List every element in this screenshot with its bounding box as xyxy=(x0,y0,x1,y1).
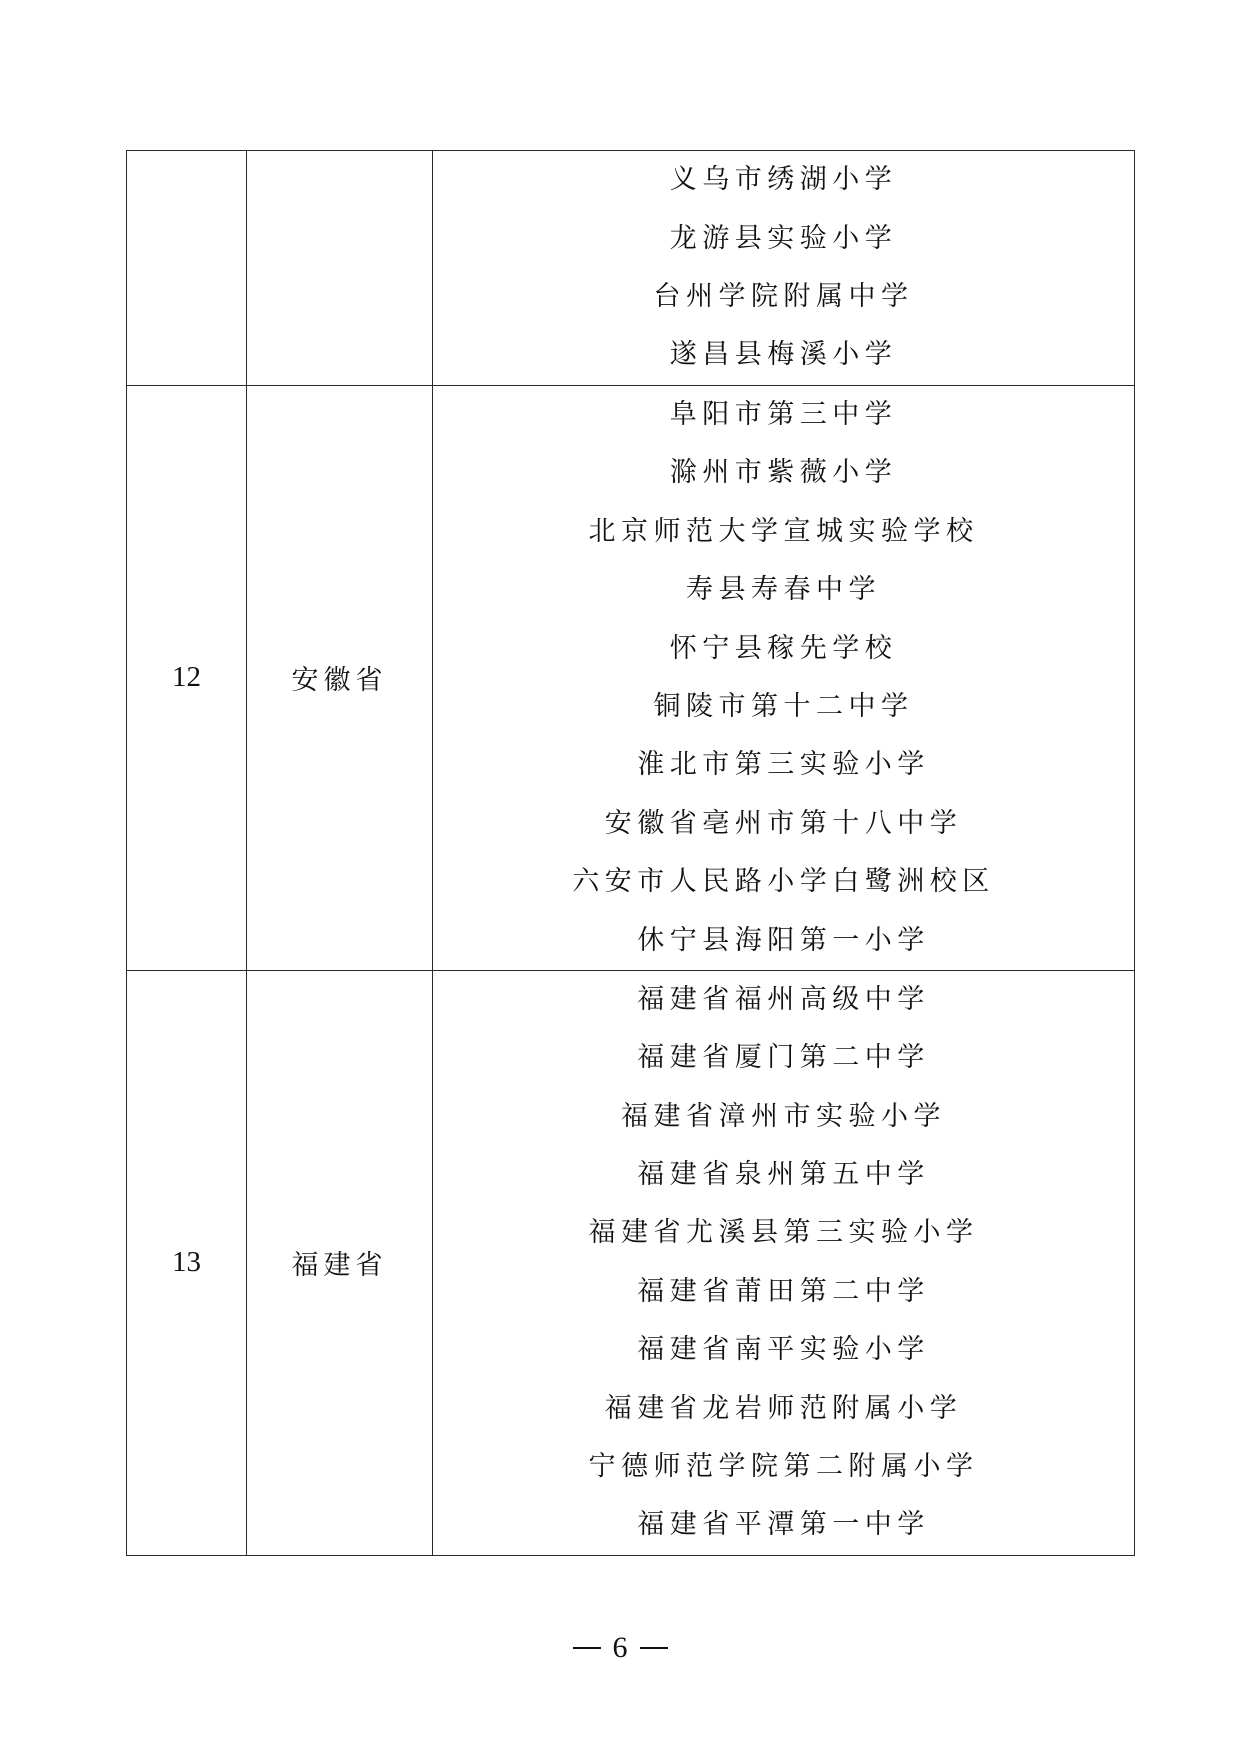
school-name: 铜陵市第十二中学 xyxy=(433,678,1134,736)
school-name: 福建省泉州第五中学 xyxy=(433,1146,1134,1204)
school-list-cell: 福建省福州高级中学 福建省厦门第二中学 福建省漳州市实验小学 福建省泉州第五中学… xyxy=(433,970,1135,1555)
school-name: 福建省平潭第一中学 xyxy=(433,1496,1134,1554)
province-cell: 福建省 xyxy=(247,970,433,1555)
dash-right xyxy=(640,1647,668,1649)
school-name: 安徽省亳州市第十八中学 xyxy=(433,795,1134,853)
province-cell: 安徽省 xyxy=(247,386,433,971)
school-name: 福建省莆田第二中学 xyxy=(433,1263,1134,1321)
school-name: 福建省龙岩师范附属小学 xyxy=(433,1380,1134,1438)
school-name: 滁州市紫薇小学 xyxy=(433,444,1134,502)
school-name: 淮北市第三实验小学 xyxy=(433,736,1134,794)
school-name: 休宁县海阳第一小学 xyxy=(433,912,1134,970)
school-list-table: 义乌市绣湖小学 龙游县实验小学 台州学院附属中学 遂昌县梅溪小学 12 安徽省 … xyxy=(126,150,1135,1556)
document-page: 义乌市绣湖小学 龙游县实验小学 台州学院附属中学 遂昌县梅溪小学 12 安徽省 … xyxy=(0,0,1240,1754)
row-number-cell: 12 xyxy=(127,386,247,971)
dash-left xyxy=(573,1647,601,1649)
table-row: 义乌市绣湖小学 龙游县实验小学 台州学院附属中学 遂昌县梅溪小学 xyxy=(127,151,1135,386)
school-name: 北京师范大学宣城实验学校 xyxy=(433,503,1134,561)
school-name: 怀宁县稼先学校 xyxy=(433,620,1134,678)
school-name: 遂昌县梅溪小学 xyxy=(433,326,1134,384)
school-name: 福建省漳州市实验小学 xyxy=(433,1088,1134,1146)
school-name: 台州学院附属中学 xyxy=(433,268,1134,326)
school-name: 六安市人民路小学白鹭洲校区 xyxy=(433,853,1134,911)
page-number-value: 6 xyxy=(613,1631,628,1664)
province-cell xyxy=(247,151,433,386)
school-list-cell: 义乌市绣湖小学 龙游县实验小学 台州学院附属中学 遂昌县梅溪小学 xyxy=(433,151,1135,386)
school-name: 龙游县实验小学 xyxy=(433,210,1134,268)
school-name: 阜阳市第三中学 xyxy=(433,386,1134,444)
page-number: 6 xyxy=(0,1630,1240,1666)
school-name: 宁德师范学院第二附属小学 xyxy=(433,1438,1134,1496)
school-name: 寿县寿春中学 xyxy=(433,561,1134,619)
table-row: 12 安徽省 阜阳市第三中学 滁州市紫薇小学 北京师范大学宣城实验学校 寿县寿春… xyxy=(127,386,1135,971)
school-name: 福建省尤溪县第三实验小学 xyxy=(433,1204,1134,1262)
school-name: 福建省厦门第二中学 xyxy=(433,1029,1134,1087)
row-number-cell: 13 xyxy=(127,970,247,1555)
school-list-cell: 阜阳市第三中学 滁州市紫薇小学 北京师范大学宣城实验学校 寿县寿春中学 怀宁县稼… xyxy=(433,386,1135,971)
school-name: 义乌市绣湖小学 xyxy=(433,151,1134,209)
school-name: 福建省福州高级中学 xyxy=(433,971,1134,1029)
school-name: 福建省南平实验小学 xyxy=(433,1321,1134,1379)
table-row: 13 福建省 福建省福州高级中学 福建省厦门第二中学 福建省漳州市实验小学 福建… xyxy=(127,970,1135,1555)
row-number-cell xyxy=(127,151,247,386)
